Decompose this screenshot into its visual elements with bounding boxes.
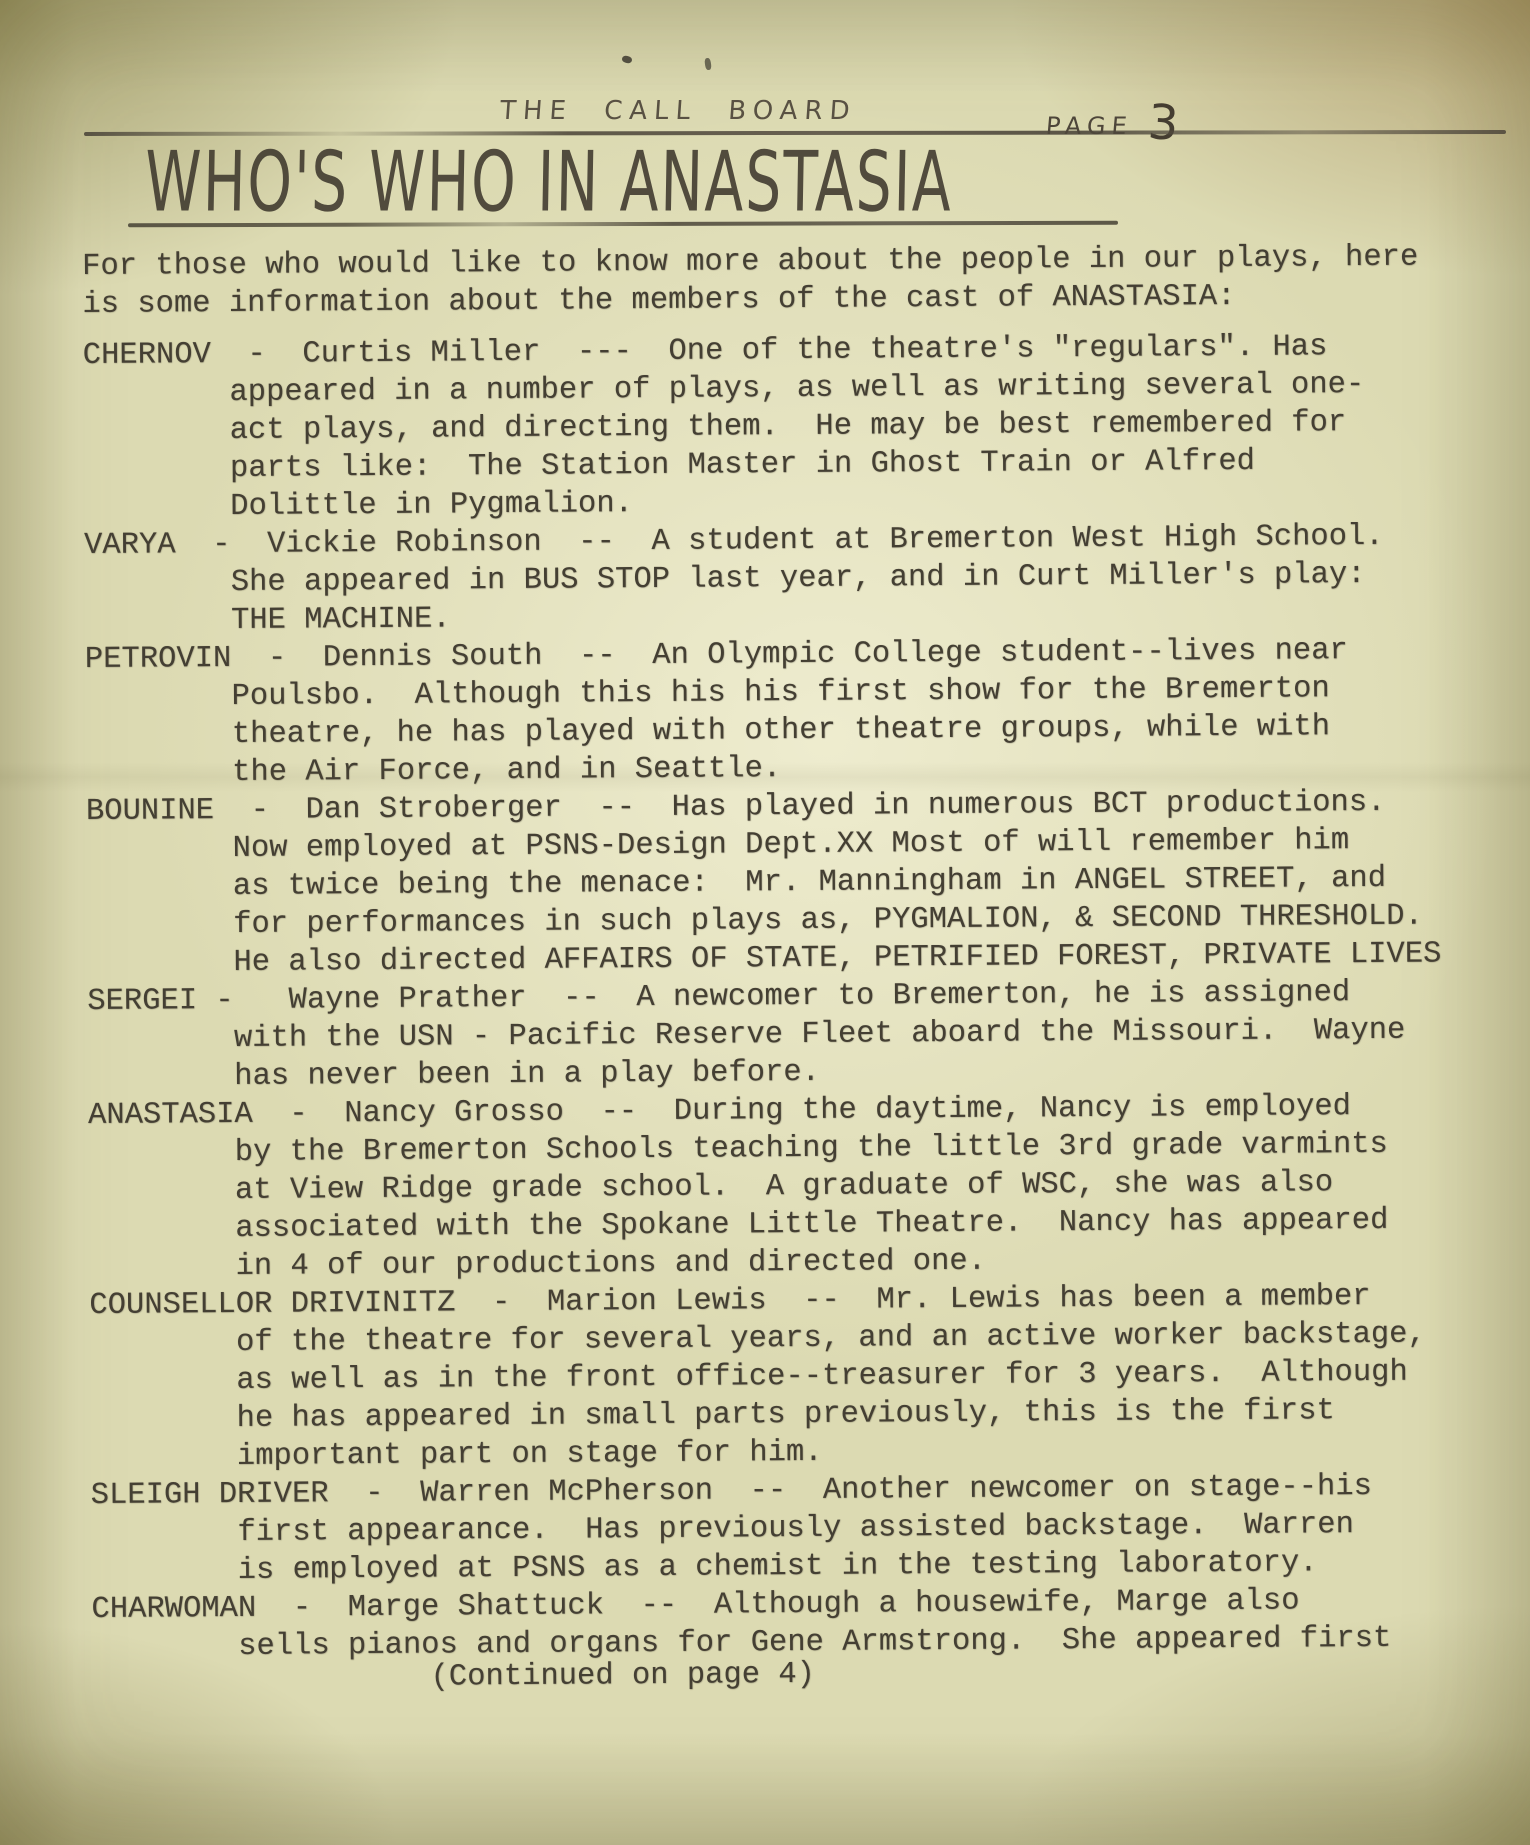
intro-paragraph: For those who would like to know more ab… bbox=[82, 238, 1512, 324]
cast-entry-anastasia: ANASTASIA - Nancy Grosso -- During the d… bbox=[88, 1087, 1519, 1287]
masthead-title: THE CALL BOARD bbox=[499, 96, 858, 126]
page-title: WHO'S WHO IN ANASTASIA bbox=[146, 134, 1043, 207]
scanned-newsletter-page: THE CALL BOARD PAGE 3 WHO'S WHO IN ANAST… bbox=[0, 0, 1530, 1845]
page-number: 3 bbox=[1146, 94, 1180, 152]
cast-entry-counsellor-drivinitz: COUNSELLOR DRIVINITZ - Marion Lewis -- M… bbox=[89, 1277, 1520, 1477]
ink-speck bbox=[704, 58, 712, 71]
cast-entry-varya: VARYA - Vickie Robinson -- A student at … bbox=[84, 517, 1515, 641]
cast-entry-sergei: SERGEI - Wayne Prather -- A newcomer to … bbox=[87, 973, 1518, 1097]
ink-speck bbox=[621, 55, 632, 64]
cast-entry-charwoman: CHARWOMAN - Marge Shattuck -- Although a… bbox=[91, 1581, 1521, 1667]
cast-list: CHERNOV - Curtis Miller --- One of the t… bbox=[83, 327, 1522, 1667]
page-label: PAGE 3 bbox=[1046, 90, 1178, 146]
cast-entry-chernov: CHERNOV - Curtis Miller --- One of the t… bbox=[83, 327, 1514, 527]
page-word: PAGE bbox=[1045, 112, 1134, 140]
page-title-text: WHO'S WHO IN ANASTASIA bbox=[144, 134, 953, 230]
paper-crease bbox=[0, 762, 1530, 792]
cast-entry-sleigh-driver: SLEIGH DRIVER - Warren McPherson -- Anot… bbox=[91, 1467, 1522, 1591]
article-body: For those who would like to know more ab… bbox=[82, 238, 1522, 1699]
cast-entry-bounine: BOUNINE - Dan Stroberger -- Has played i… bbox=[86, 783, 1517, 983]
